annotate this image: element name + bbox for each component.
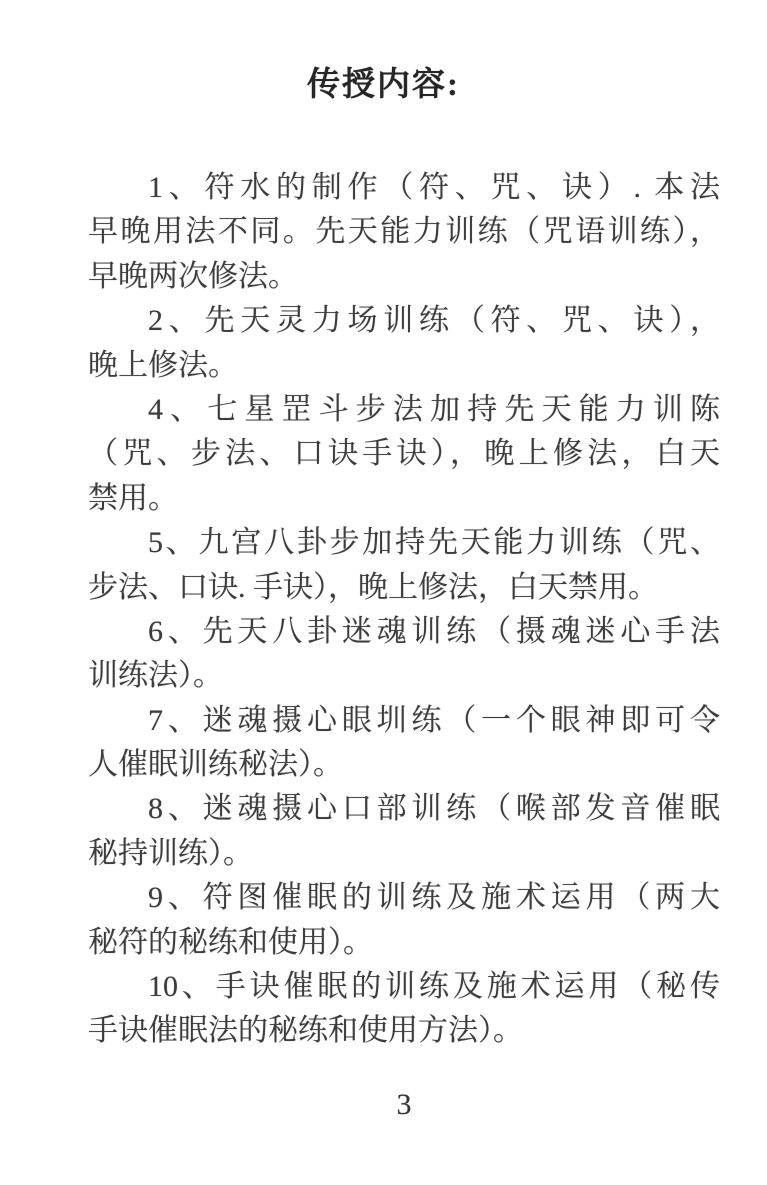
text-line: 2、先天灵力场训练（符、咒、诀）， — [88, 299, 720, 343]
text-line: 7、迷魂摄心眼圳练（一个眼神即可令 — [88, 699, 720, 743]
page-title: 传授内容: — [0, 64, 767, 106]
text-line: 秘持训练）。 — [88, 832, 720, 876]
text-line: 8、迷魂摄心口部训练（喉部发音催眠 — [88, 787, 720, 831]
text-line: 早晚用法不同。先天能力训练（咒语训练）， — [88, 210, 720, 254]
text-line: 步法、口诀. 手诀），晚上修法，白天禁用。 — [88, 566, 720, 610]
page-number: 3 — [88, 1087, 720, 1123]
text-line: （咒、步法、口诀手诀），晚上修法，白天 — [88, 432, 720, 476]
text-line: 1、符水的制作（符、咒、诀）. 本法 — [88, 166, 720, 210]
scanned-document-page: 传授内容: 1、符水的制作（符、咒、诀）. 本法早晚用法不同。先天能力训练（咒语… — [0, 0, 767, 1185]
text-line: 早晚两次修法。 — [88, 255, 720, 299]
text-line: 9、符图催眠的训练及施术运用（两大 — [88, 876, 720, 920]
text-line: 禁用。 — [88, 477, 720, 521]
text-line: 10、手诀催眠的训练及施术运用（秘传 — [88, 965, 720, 1009]
text-line: 5、九宫八卦步加持先天能力训练（咒、 — [88, 521, 720, 565]
text-line: 4、七星罡斗步法加持先天能力训陈 — [88, 388, 720, 432]
body-text: 1、符水的制作（符、咒、诀）. 本法早晚用法不同。先天能力训练（咒语训练），早晚… — [88, 166, 720, 1054]
text-line: 训练法）。 — [88, 654, 720, 698]
text-line: 手诀催眠法的秘练和使用方法）。 — [88, 1009, 720, 1053]
text-line: 晚上修法。 — [88, 344, 720, 388]
text-line: 6、先天八卦迷魂训练（摄魂迷心手法 — [88, 610, 720, 654]
text-line: 人催眠训练秘法）。 — [88, 743, 720, 787]
text-line: 秘符的秘练和使用）。 — [88, 921, 720, 965]
